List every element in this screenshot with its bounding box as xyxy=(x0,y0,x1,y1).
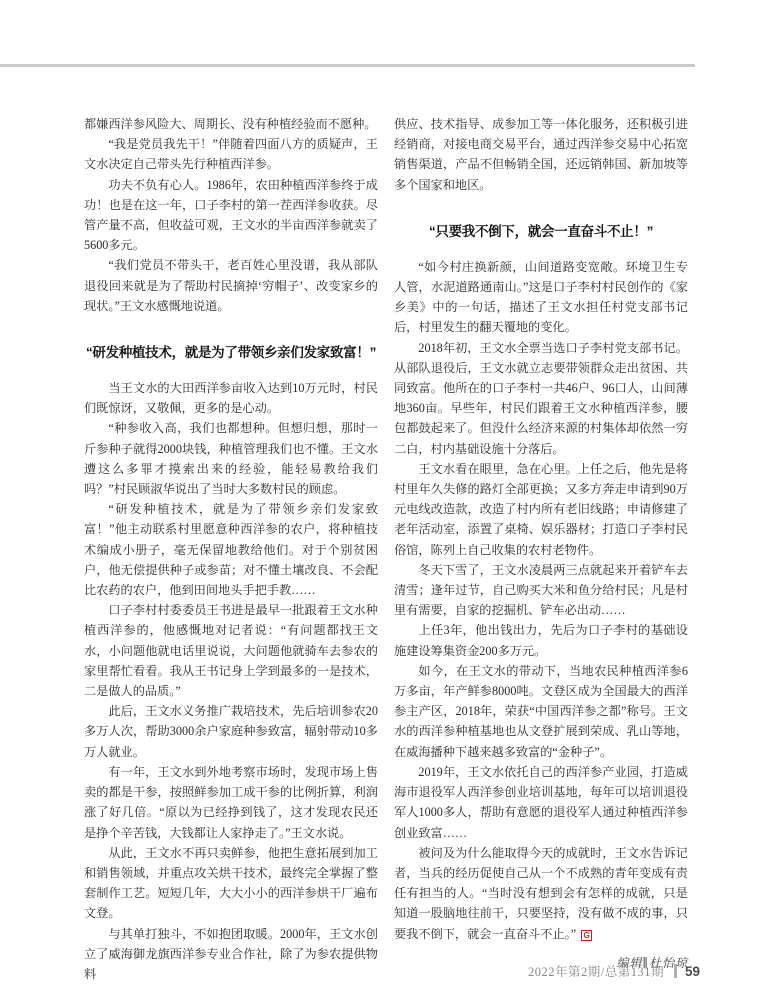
paragraph: “我们党员不带头干，老百姓心里没谱，我从部队退役回来就是为了帮助村民摘掉‘穷帽子… xyxy=(84,255,378,316)
paragraph: 当王文水的大田西洋参亩收入达到10万元时，村民们既惊讶，又敬佩，更多的是心动。 xyxy=(84,378,378,418)
top-rule-divider xyxy=(0,64,695,67)
paragraph: 从此，王文水不再只卖鲜参，他把生意拓展到加工和销售领域，并重点攻关烘干技术，最终… xyxy=(84,843,378,924)
right-column: 供应、技术指导、成参加工等一体化服务，还积极引进经销商，对接电商交易平台，通过西… xyxy=(394,114,688,984)
paragraph: 有一年，王文水到外地考察市场时，发现市场上售卖的都是干参，按照鲜参加工成干参的比… xyxy=(84,762,378,843)
left-column: 都嫌西洋参风险大、周期长、没有种植经验而不愿种。 “我是党员我先干！”伴随着四面… xyxy=(84,114,378,984)
paragraph: 与其单打独斗，不如抱团取暖。2000年，王文水创立了威海御龙旗西洋参专业合作社，… xyxy=(84,924,378,985)
paragraph: 被问及为什么能取得今天的成就时，王文水告诉记者，当兵的经历促使自己从一个不成熟的… xyxy=(394,843,688,944)
article-end-icon: G xyxy=(581,930,592,941)
section-heading: “只要我不倒下，就会一直奋斗不止！” xyxy=(394,220,688,240)
footer-divider xyxy=(674,964,677,978)
page-number: 59 xyxy=(685,964,700,979)
paragraph: “我是党员我先干！”伴随着四面八方的质疑声，王文水决定自己带头先行种植西洋参。 xyxy=(84,134,378,174)
paragraph: 功夫不负有心人。1986年，农田种植西洋参终于成功！也是在这一年，口子李村的第一… xyxy=(84,175,378,256)
paragraph: 2018年初，王文水全票当选口子李村党支部书记。从部队退役后，王文水就立志要带领… xyxy=(394,338,688,459)
article-body: 都嫌西洋参风险大、周期长、没有种植经验而不愿种。 “我是党员我先干！”伴随着四面… xyxy=(84,114,688,984)
issue-label: 2022年第2期/总第131期 xyxy=(528,962,664,980)
paragraph: 供应、技术指导、成参加工等一体化服务，还积极引进经销商，对接电商交易平台，通过西… xyxy=(394,114,688,195)
paragraph: 如今，在王文水的带动下，当地农民种植西洋参6万多亩，年产鲜参8000吨。文登区成… xyxy=(394,661,688,762)
paragraph: 上任3年，他出钱出力，先后为口子李村的基础设施建设筹集资金200多万元。 xyxy=(394,620,688,660)
paragraph: 冬天下雪了，王文水凌晨两三点就起来开着铲车去清雪；逢年过节，自己购买大米和鱼分给… xyxy=(394,560,688,621)
page-footer: 2022年第2期/总第131期 59 xyxy=(528,962,700,980)
paragraph: 此后，王文水义务推广栽培技术，先后培训参农20多万人次，帮助3000余户家庭种参… xyxy=(84,701,378,762)
paragraph: 都嫌西洋参风险大、周期长、没有种植经验而不愿种。 xyxy=(84,114,378,134)
paragraph-text: 被问及为什么能取得今天的成就时，王文水告诉记者，当兵的经历促使自己从一个不成熟的… xyxy=(394,846,688,941)
paragraph: 2019年，王文水依托自己的西洋参产业园，打造威海市退役军人西洋参创业培训基地，… xyxy=(394,762,688,843)
section-heading: “研发种植技术，就是为了带领乡亲们发家致富！” xyxy=(84,341,378,361)
paragraph: “研发种植技术，就是为了带领乡亲们发家致富！”他主动联系村里愿意种西洋参的农户，… xyxy=(84,499,378,600)
paragraph: 王文水看在眼里，急在心里。上任之后，他先是将村里年久失修的路灯全部更换；又多方奔… xyxy=(394,459,688,560)
magazine-page: 都嫌西洋参风险大、周期长、没有种植经验而不愿种。 “我是党员我先干！”伴随着四面… xyxy=(0,0,760,1007)
paragraph: 口子李村村委委员王书进是最早一批跟着王文水种植西洋参的，他感慨地对记者说：“有问… xyxy=(84,600,378,701)
paragraph: “种参收入高，我们也都想种。但想归想，那时一斤参种子就得2000块钱，种植管理我… xyxy=(84,418,378,499)
paragraph: “如今村庄换新颜，山间道路变宽敞。环境卫生专人管，水泥道路通南山。”这是口子李村… xyxy=(394,257,688,338)
